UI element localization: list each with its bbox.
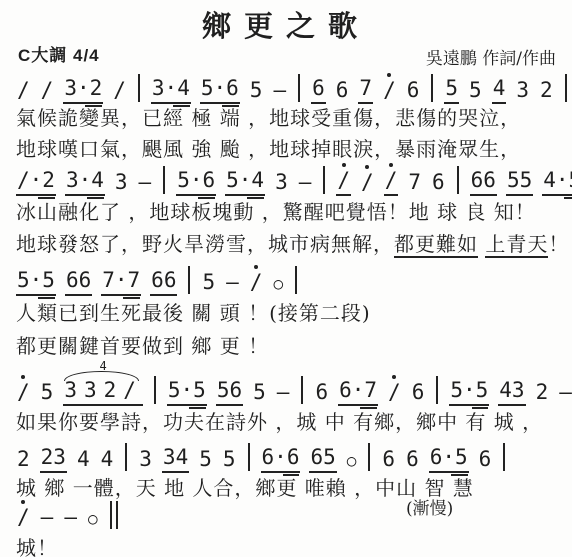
barline: [457, 166, 459, 194]
note: 5·5: [16, 270, 56, 296]
tempo-marking: (漸慢): [406, 494, 453, 519]
note: /: [336, 170, 351, 196]
note: /·2: [16, 170, 56, 196]
note: 5·6: [200, 78, 240, 104]
note: 6: [478, 449, 493, 473]
note: 2: [539, 80, 554, 104]
notation-line: 22344334556·665○666·56: [16, 441, 507, 473]
note: 4: [100, 449, 115, 473]
note: 5·6: [176, 170, 216, 196]
rest-symbol: ○: [272, 276, 284, 296]
note: 7·7: [101, 270, 141, 296]
note: 4: [492, 78, 507, 104]
note: 5: [201, 272, 216, 296]
barline: [503, 443, 505, 471]
note: 3·2: [63, 78, 103, 104]
note: 3·4: [151, 78, 191, 104]
note: 7: [407, 172, 422, 196]
note: /: [40, 80, 55, 104]
note: 3: [114, 172, 129, 196]
rest-symbol: ○: [346, 453, 358, 473]
barline: [295, 266, 297, 294]
note: 6·5: [429, 447, 469, 473]
note: —: [225, 272, 240, 296]
barline: [163, 166, 165, 194]
barline: [436, 376, 438, 404]
note: 5: [40, 382, 55, 406]
barline: [138, 74, 140, 102]
note: /: [112, 80, 127, 104]
note: 56: [216, 380, 243, 406]
emphasized-lyric: 都更難如: [394, 232, 478, 258]
note: 6: [405, 449, 420, 473]
note: 34: [162, 447, 189, 473]
note: 6: [311, 78, 326, 104]
note: 4·5: [542, 170, 572, 196]
note: 5·4: [225, 170, 265, 196]
lyric-text: 城！: [16, 536, 58, 557]
final-barline: [110, 501, 118, 529]
notation-line: /5332/5·5565—66·7/65·5432—: [16, 374, 572, 406]
lyric-line: 地球嘆口氣，颶風 強 颱 ，地球掉眼淚，暴雨淹眾生，: [16, 133, 521, 162]
note: 65: [309, 447, 336, 473]
note: 6·6: [261, 447, 301, 473]
note: 332/: [63, 380, 143, 406]
barline: [431, 74, 433, 102]
note: 6: [411, 382, 426, 406]
note: 6: [381, 449, 396, 473]
note: /: [387, 382, 402, 406]
barline: [125, 443, 127, 471]
note: 3: [515, 80, 530, 104]
lyric-text: 冰山融化了 ，地球板塊動 ，驚醒吧覺悟！地 球 良 知！: [16, 200, 536, 224]
note: /: [16, 507, 31, 531]
lyric-line: 人類已到生死最後 關 頭 ！(接第二段): [16, 297, 371, 326]
note: /: [360, 172, 375, 196]
barline: [248, 443, 250, 471]
barline: [301, 376, 303, 404]
barline: [188, 266, 190, 294]
note: —: [138, 172, 153, 196]
note: /: [384, 170, 399, 196]
note: 3·4: [65, 170, 105, 196]
note: 6·7: [338, 380, 378, 406]
barline: [323, 166, 325, 194]
note: 66: [470, 170, 497, 196]
notation-line: /·23·43—5·65·43—///7666554·56: [16, 164, 572, 196]
notation-line: //3·2/3·45·65—667/655432: [16, 72, 569, 104]
lyric-line: 都更關鍵首要做到 鄉 更 ！: [16, 330, 269, 359]
note: /: [249, 272, 264, 296]
lyric-text: ！: [548, 232, 569, 256]
lyric-text: 如果你要學詩，功夫在詩外 ，城 中 有鄉，鄉中 有 城 ，: [16, 410, 543, 434]
note: 5: [249, 80, 264, 104]
note: —: [272, 80, 287, 104]
note: 5: [198, 449, 213, 473]
note: 6: [406, 80, 421, 104]
note: 6: [431, 172, 446, 196]
note: 6: [314, 382, 329, 406]
lyric-text: 氣候詭變異，已經 極 端 ，地球受重傷，悲傷的哭泣，: [16, 106, 521, 130]
note: 6: [335, 80, 350, 104]
note: 3: [138, 449, 153, 473]
barline: [154, 376, 156, 404]
note: 5·5: [449, 380, 489, 406]
note: 55: [506, 170, 533, 196]
note: 7: [358, 78, 373, 104]
note: —: [298, 172, 313, 196]
composer-credit: 吳遠鵬 作詞/作曲: [426, 44, 556, 69]
note: 5·5: [167, 380, 207, 406]
lyric-line: 地球發怒了，野火旱澇雪，城市病無解，都更難如 上青天！: [16, 228, 569, 257]
note: 2: [16, 449, 31, 473]
lyric-line: 如果你要學詩，功夫在詩外 ，城 中 有鄉，鄉中 有 城 ，: [16, 406, 543, 435]
note: 66: [150, 270, 177, 296]
note: 5: [252, 382, 267, 406]
barline: [565, 74, 567, 102]
barline: [368, 443, 370, 471]
sheet-music-page: 鄉更之歌 C大調 4/4 吳遠鵬 作詞/作曲 //3·2/3·45·65—667…: [0, 0, 572, 557]
lyric-text: 地球發怒了，野火旱澇雪，城市病無解，: [16, 232, 394, 256]
note: 5: [444, 78, 459, 104]
note: 5: [468, 80, 483, 104]
rest-symbol: ○: [87, 511, 99, 531]
note: 4: [76, 449, 91, 473]
note: 2: [535, 382, 550, 406]
key-time-signature: C大調 4/4: [18, 41, 100, 66]
note: —: [40, 507, 55, 531]
notation-line: 5·5667·7665—/○: [16, 264, 299, 296]
notation-line: /——○: [16, 499, 120, 531]
note: /: [382, 80, 397, 104]
note: /: [16, 382, 31, 406]
note: 66: [65, 270, 92, 296]
lyric-text: 人類已到生死最後 關 頭 ！(接第二段): [16, 301, 371, 325]
note: 3: [274, 172, 289, 196]
note: 23: [40, 447, 67, 473]
lyric-text: 地球嘆口氣，颶風 強 颱 ，地球掉眼淚，暴雨淹眾生，: [16, 137, 521, 161]
emphasized-lyric: 上青天: [485, 232, 548, 258]
song-title: 鄉更之歌: [0, 4, 572, 45]
lyric-line: 城！: [16, 532, 58, 557]
note: —: [558, 382, 572, 406]
lyric-line: 冰山融化了 ，地球板塊動 ，驚醒吧覺悟！地 球 良 知！: [16, 196, 536, 225]
lyric-line: 氣候詭變異，已經 極 端 ，地球受重傷，悲傷的哭泣，: [16, 102, 521, 131]
note: 5: [222, 449, 237, 473]
note: —: [63, 507, 78, 531]
note: —: [276, 382, 291, 406]
lyric-text: 都更關鍵首要做到 鄉 更 ！: [16, 334, 269, 358]
note: /: [16, 80, 31, 104]
barline: [298, 74, 300, 102]
note: 43: [498, 380, 525, 406]
